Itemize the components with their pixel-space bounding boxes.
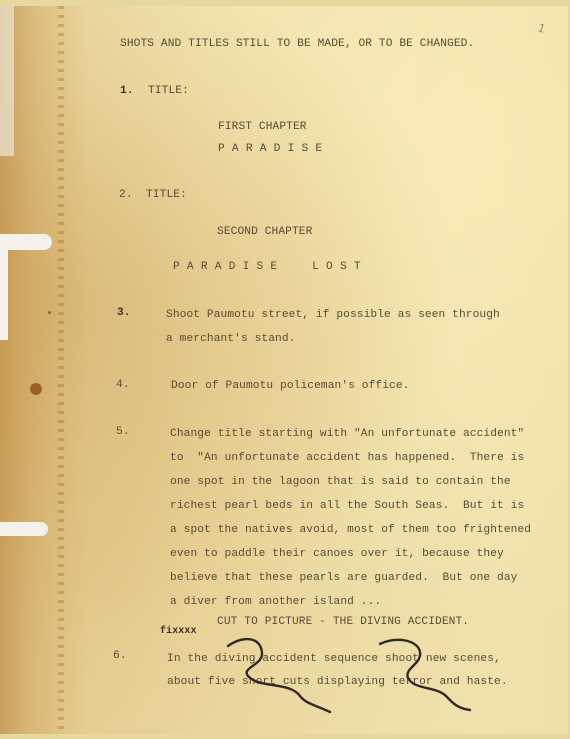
typewritten-page: 1 SHOTS AND TITLES STILL TO BE MADE, OR … [0, 6, 568, 734]
pencil-squiggle-marks [0, 6, 568, 734]
